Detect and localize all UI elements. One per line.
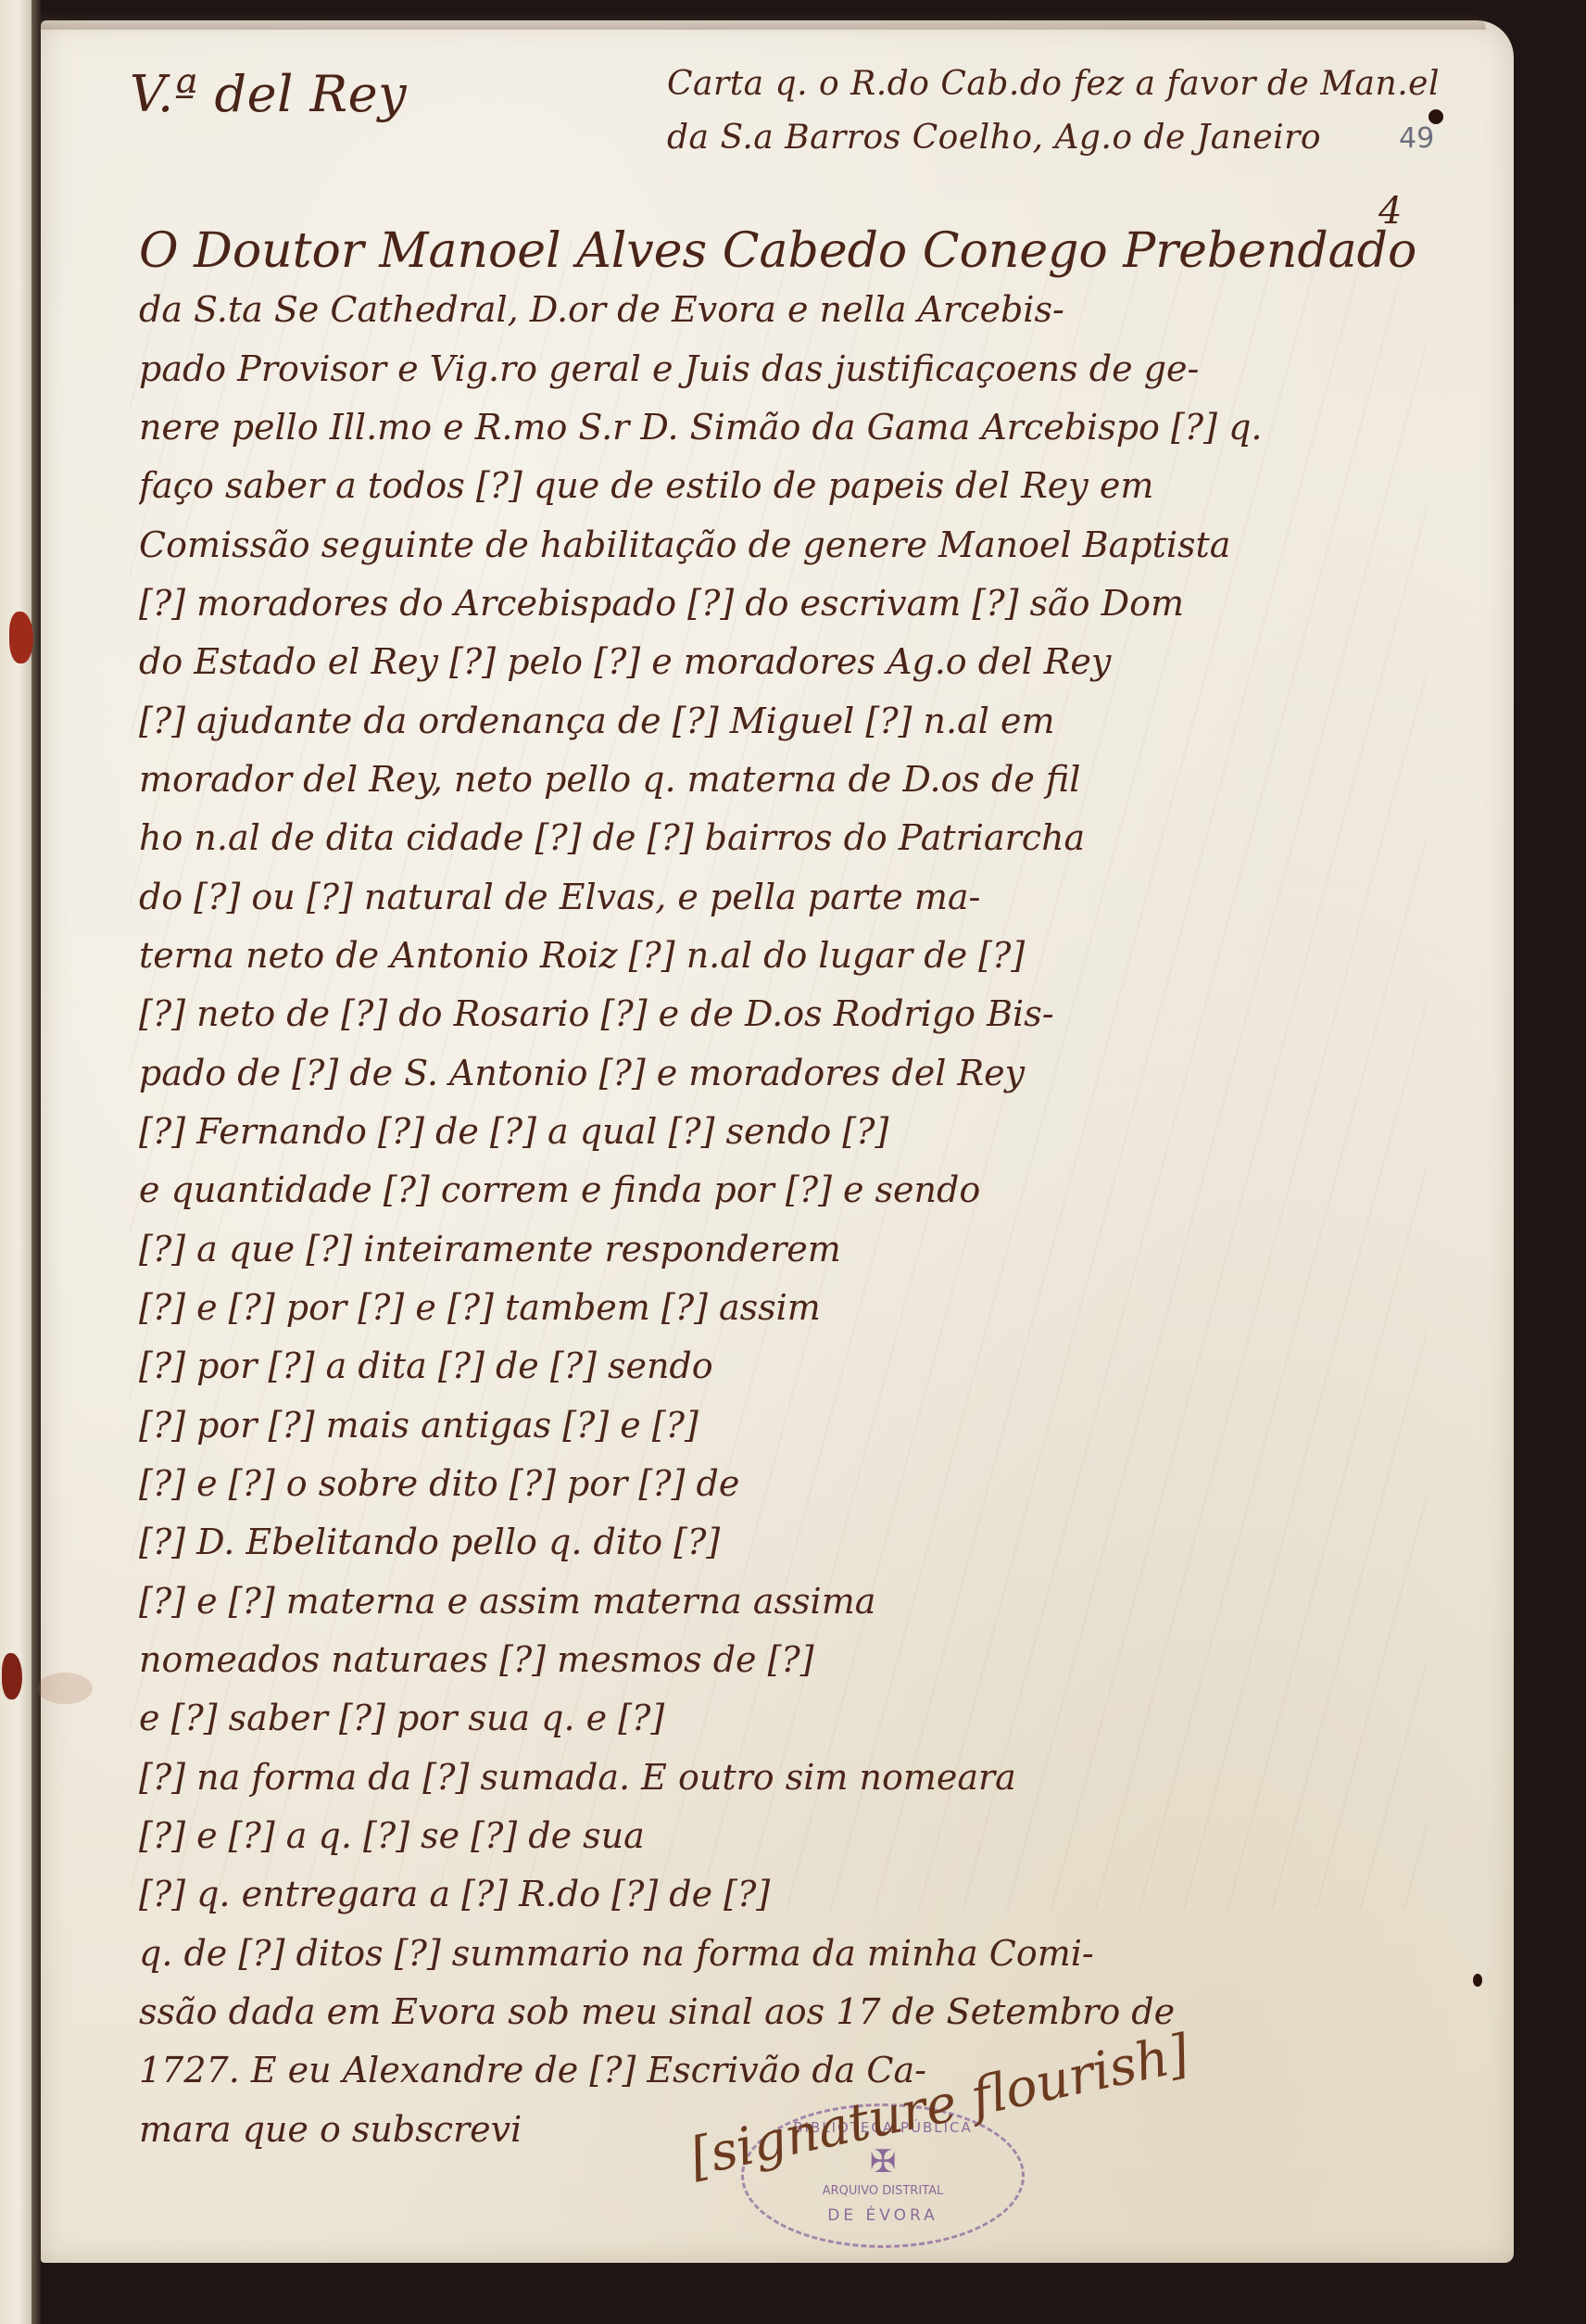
stamp-middle-text: ARQUIVO DISTRITAL bbox=[744, 2184, 1022, 2198]
previous-leaf-edge bbox=[0, 0, 33, 2324]
body-line: [?] e [?] por [?] e [?] tambem [?] assim bbox=[139, 1279, 1417, 1337]
body-line: morador del Rey, neto pello q. materna d… bbox=[139, 751, 1417, 809]
body-line: nomeados naturaes [?] mesmos de [?] bbox=[139, 1631, 1417, 1689]
body-line: [?] Fernando [?] de [?] a qual [?] sendo… bbox=[139, 1103, 1417, 1161]
body-line: [?] por [?] mais antigas [?] e [?] bbox=[139, 1396, 1417, 1455]
body-line: [?] e [?] materna e assim materna assima bbox=[139, 1572, 1417, 1631]
ink-blot bbox=[1473, 1974, 1482, 1987]
heading-line: Carta q. o R.do Cab.do fez a favor de Ma… bbox=[667, 57, 1440, 111]
stamp-bottom-text: DE ÉVORA bbox=[744, 2206, 1022, 2225]
body-line: [?] e [?] o sobre dito [?] por [?] de bbox=[139, 1455, 1417, 1513]
ink-blot bbox=[1429, 109, 1443, 124]
heading-line: da S.a Barros Coelho, Ag.o de Janeiro bbox=[667, 111, 1440, 165]
body-line: pado de [?] de S. Antonio [?] e moradore… bbox=[139, 1044, 1417, 1103]
body-line: do [?] ou [?] natural de Elvas, e pella … bbox=[139, 868, 1417, 927]
wax-seal-trace bbox=[2, 1653, 22, 1699]
wax-seal-trace bbox=[9, 612, 33, 663]
manuscript-body: O Doutor Manoel Alves Cabedo Conego Preb… bbox=[139, 222, 1417, 2159]
folio-number: 49 bbox=[1399, 122, 1434, 155]
body-line: [?] q. entregara a [?] R.do [?] de [?] bbox=[139, 1865, 1417, 1924]
body-line: 1727. E eu Alexandre de [?] Escrivão da … bbox=[139, 2041, 1417, 2100]
body-line: terna neto de Antonio Roiz [?] n.al do l… bbox=[139, 927, 1417, 985]
body-line: [?] a que [?] inteiramente responderem bbox=[139, 1220, 1417, 1279]
body-line: Comissão seguinte de habilitação de gene… bbox=[139, 516, 1417, 575]
body-line: da S.ta Se Cathedral, D.or de Evora e ne… bbox=[139, 281, 1417, 339]
body-line: [?] moradores do Arcebispado [?] do escr… bbox=[139, 575, 1417, 633]
heading-right: Carta q. o R.do Cab.do fez a favor de Ma… bbox=[667, 57, 1440, 165]
body-line: [?] D. Ebelitando pello q. dito [?] bbox=[139, 1513, 1417, 1572]
binding-gutter bbox=[31, 0, 41, 2324]
body-line: ssão dada em Evora sob meu sinal aos 17 … bbox=[139, 1983, 1417, 2041]
body-line: [?] neto de [?] do Rosario [?] e de D.os… bbox=[139, 985, 1417, 1043]
body-line: nere pello Ill.mo e R.mo S.r D. Simão da… bbox=[139, 398, 1417, 457]
body-line: O Doutor Manoel Alves Cabedo Conego Preb… bbox=[139, 222, 1417, 281]
body-line: ho n.al de dita cidade [?] de [?] bairro… bbox=[139, 809, 1417, 867]
body-line: pado Provisor e Vig.ro geral e Juis das … bbox=[139, 340, 1417, 398]
margin-note-left: V.ª del Rey bbox=[130, 65, 407, 123]
body-line: [?] na forma da [?] sumada. E outro sim … bbox=[139, 1749, 1417, 1807]
deckle-edge-top bbox=[41, 13, 1486, 30]
body-line: e [?] saber [?] por sua q. e [?] bbox=[139, 1689, 1417, 1748]
body-line: [?] ajudante da ordenança de [?] Miguel … bbox=[139, 692, 1417, 751]
body-line: e quantidade [?] correm e finda por [?] … bbox=[139, 1161, 1417, 1219]
body-line: do Estado el Rey [?] pelo [?] e moradore… bbox=[139, 633, 1417, 691]
body-line: q. de [?] ditos [?] summario na forma da… bbox=[139, 1925, 1417, 1983]
body-line: [?] por [?] a dita [?] de [?] sendo bbox=[139, 1337, 1417, 1396]
stain bbox=[37, 1673, 93, 1704]
body-line: [?] e [?] a q. [?] se [?] de sua bbox=[139, 1807, 1417, 1865]
body-line: faço saber a todos [?] que de estilo de … bbox=[139, 457, 1417, 515]
